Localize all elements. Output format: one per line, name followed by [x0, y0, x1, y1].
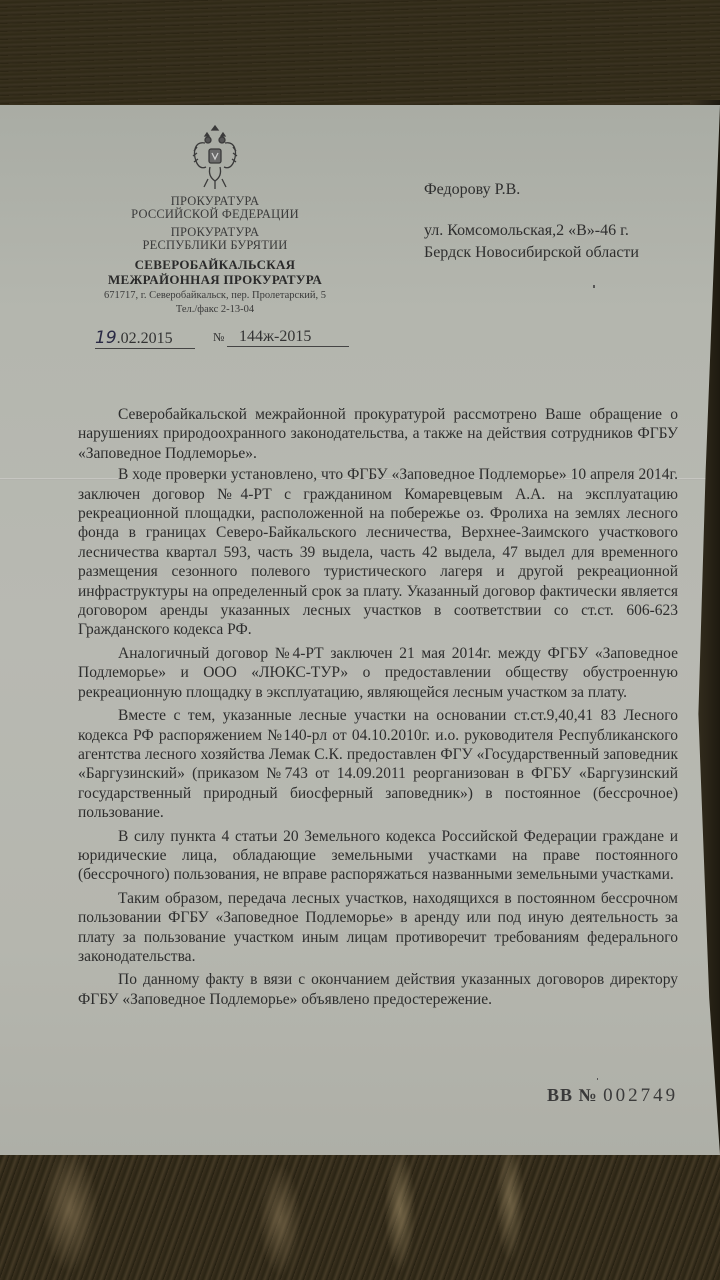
body-paragraph: По данному факту в вязи с окончанием дей…	[78, 970, 678, 1009]
registration-number: 144ж-2015	[227, 328, 349, 347]
date-month-year: .02.2015	[117, 330, 173, 347]
recipient-address-line: ул. Комсомольская,2 «В»-46 г.	[424, 220, 704, 242]
body-paragraph: Северобайкальской межрайонной прокуратур…	[78, 405, 678, 463]
recipient-block: Федорову Р.В. ул. Комсомольская,2 «В»-46…	[424, 180, 704, 264]
background-carpet-bottom	[0, 1150, 720, 1280]
body-paragraph: В силу пункта 4 статьи 20 Земельного код…	[78, 827, 678, 885]
serial-digits: 002749	[603, 1085, 678, 1106]
sender-letterhead: ПРОКУРАТУРА РОССИЙСКОЙ ФЕДЕРАЦИИ ПРОКУРА…	[95, 195, 335, 317]
body-paragraph: Вместе с тем, указанные лесные участки н…	[78, 706, 678, 822]
ink-speck	[597, 1078, 598, 1080]
body-paragraph: В ходе проверки установлено, что ФГБУ «З…	[78, 465, 678, 640]
letterhead-office-name: СЕВЕРОБАЙКАЛЬСКАЯ	[95, 257, 335, 272]
number-sign: №	[213, 330, 224, 345]
letter-body: Северобайкальской межрайонной прокуратур…	[78, 405, 678, 1011]
letterhead-office-name: МЕЖРАЙОННАЯ ПРОКУРАТУРА	[95, 272, 335, 287]
recipient-name: Федорову Р.В.	[424, 180, 704, 200]
form-serial-number: ВВ № 002749	[547, 1085, 678, 1107]
sender-phone: Тел./факс 2-13-04	[95, 303, 335, 317]
handwritten-day: 19	[95, 328, 117, 348]
background-fabric-top	[0, 0, 720, 110]
letterhead-line: РЕСПУБЛИКИ БУРЯТИИ	[95, 239, 335, 252]
sender-address: 671717, г. Северобайкальск, пер. Пролета…	[95, 289, 335, 303]
russian-coat-of-arms-icon	[190, 123, 240, 193]
registration-date: 19.02.2015	[95, 328, 195, 349]
serial-series: ВВ №	[547, 1085, 598, 1105]
body-paragraph: Таким образом, передача лесных участков,…	[78, 889, 678, 967]
registration-line: 19.02.2015 № 144ж-2015	[95, 328, 335, 350]
ink-speck	[593, 285, 595, 288]
body-paragraph: Аналогичный договор №4-РТ заключен 21 ма…	[78, 644, 678, 702]
letterhead-line: РОССИЙСКОЙ ФЕДЕРАЦИИ	[95, 208, 335, 221]
recipient-address-line: Бердск Новосибирской области	[424, 242, 704, 264]
